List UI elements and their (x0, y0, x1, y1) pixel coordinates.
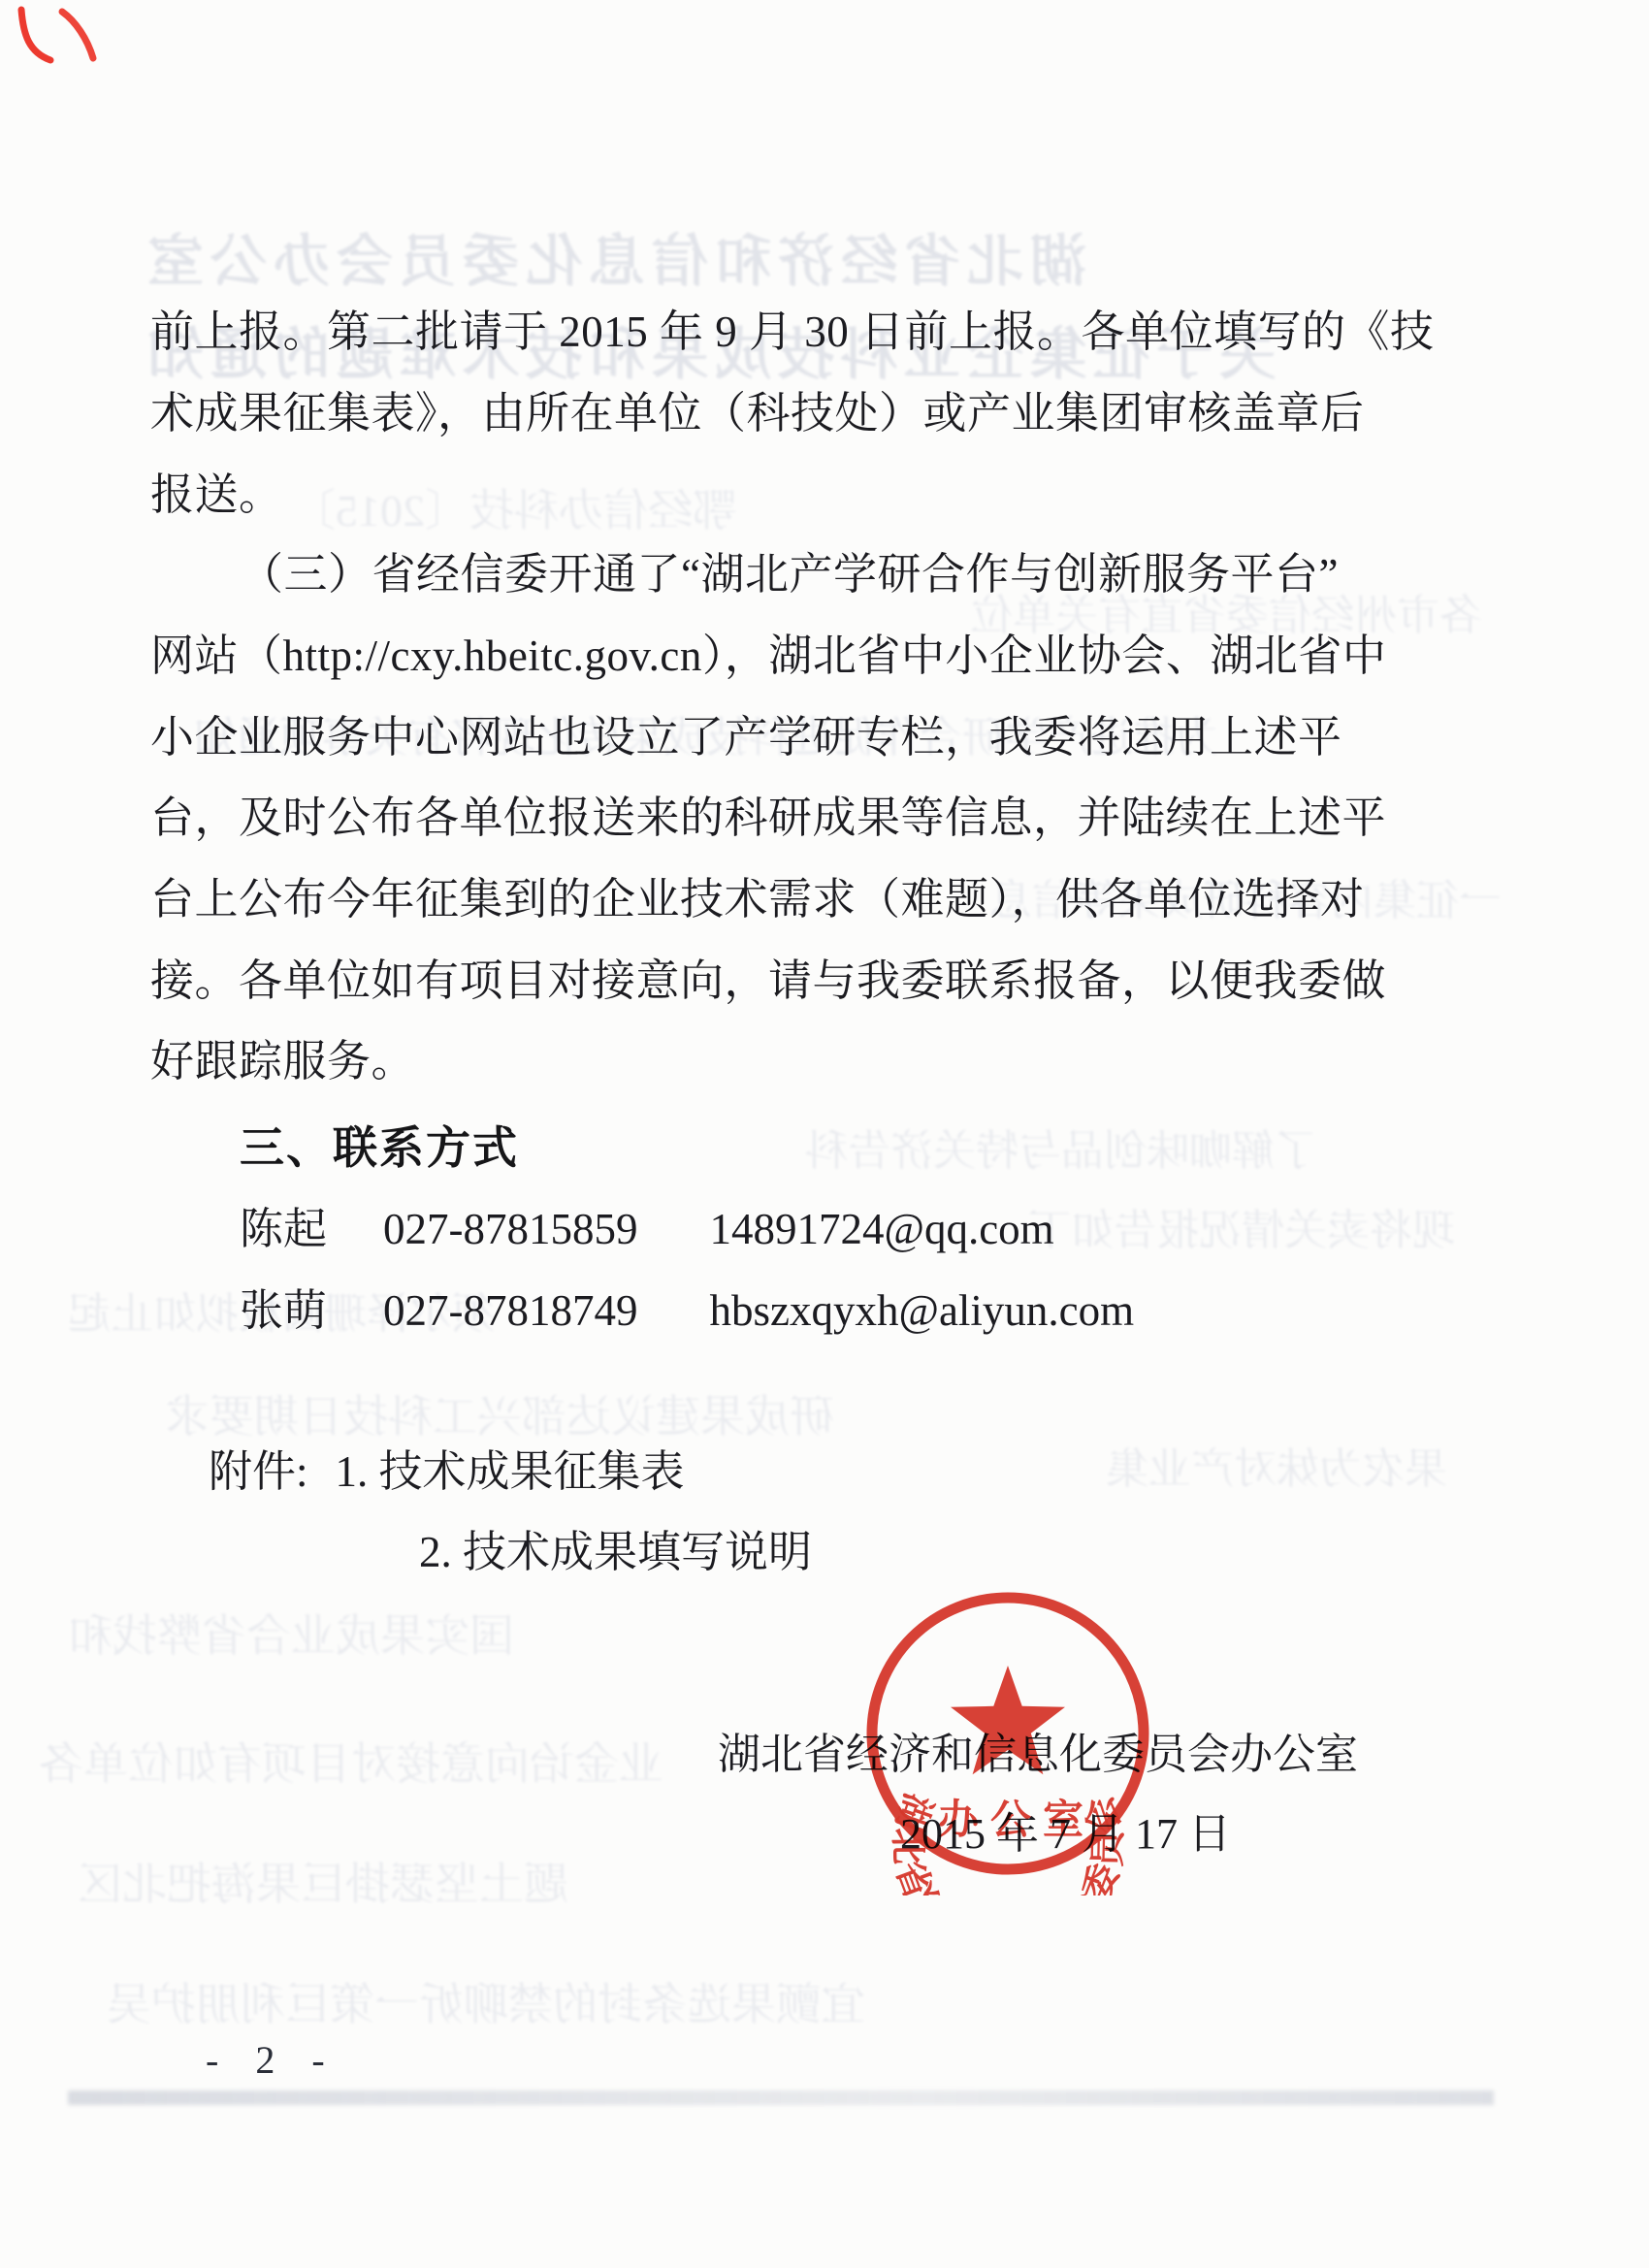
bleed-through-line: 湖北省经济和信息化委员会办公室 (141, 215, 1086, 297)
bleed-through-line: 了解咖味创品与特关济告科 (805, 1116, 1317, 1178)
official-seal: 湖北省经济和信息化委员会 办公室 (852, 1583, 1164, 1895)
body-line: （三）省经信委开通了“湖北产学研合作与创新服务平台” (240, 545, 1339, 603)
body-line: 小企业服务中心网站也设立了产学研专栏，我委将运用上述平 (150, 708, 1342, 766)
contact-phone: 027-87818749 (383, 1285, 638, 1336)
body-line: 网站（http://cxy.hbeitc.gov.cn），湖北省中小企业协会、湖… (150, 627, 1386, 685)
contact-row: 陈起 027-87815859 14891724@qq.com (240, 1193, 1054, 1256)
seal-bottom-text: 办公室 (938, 1798, 1095, 1843)
body-line: 接。各单位如有项目对接意向，请与我委联系报备，以便我委做 (150, 952, 1386, 1010)
contact-phone: 027-87815859 (383, 1204, 638, 1254)
page-number: - 2 - (206, 2037, 331, 2083)
red-pen-marks-icon (6, 2, 113, 109)
attachment-label: 附件: (209, 1436, 308, 1499)
contact-email: hbszxqyxh@aliyun.com (710, 1285, 1135, 1336)
body-line: 好跟踪服务。 (150, 1032, 415, 1090)
body-line: 台上公布今年征集到的企业技术需求（难题），供各单位选择对 (150, 870, 1365, 928)
body-line: 台，及时公布各单位报送来的科研成果等信息，并陆续在上述平 (150, 789, 1386, 847)
bleed-through-line: 现将卖关情况报告如下 (1028, 1195, 1455, 1257)
bleed-through-line: 宜颤果选条封的禁聊妡一策巨利朋护吴 (107, 1969, 865, 2033)
contact-name: 陈起 (240, 1193, 327, 1256)
body-line: 前上报。第二批请于 2015 年 9 月 30 日前上报。各单位填写的《技 (150, 303, 1435, 361)
attachment-item: 2. 技术成果填写说明 (419, 1516, 812, 1579)
seal-star-icon (951, 1666, 1065, 1774)
scanned-document-page: 湖北省经济和信息化委员会办公室 关于征集企业科技成果和技术难题的通知 鄂经信办科… (0, 0, 1649, 2268)
section-heading-contact: 三、联系方式 (240, 1113, 519, 1177)
bleed-through-line: 果农为妹对产业集 (1106, 1434, 1447, 1496)
contact-email: 14891724@qq.com (710, 1204, 1054, 1254)
body-line: 报送。 (150, 466, 283, 524)
bleed-through-line: 题土坚瑟掛巨果海把北区 (78, 1849, 568, 1913)
bleed-through-line: 鄂经信办科技〔2015〕 (291, 475, 737, 539)
attachment-item: 1. 技术成果征集表 (336, 1436, 685, 1499)
attachment-line: 附件: 1. 技术成果征集表 (209, 1436, 685, 1499)
contact-name: 张萌 (240, 1275, 327, 1338)
attachment-line: 2. 技术成果填写说明 (419, 1516, 812, 1579)
bleed-through-line: 国实果成业合省弊找和 (68, 1601, 514, 1665)
bleed-through-line: 业金诒向意接对目项有如位单各 (39, 1729, 663, 1793)
contact-row: 张萌 027-87818749 hbszxqyxh@aliyun.com (240, 1275, 1134, 1338)
body-line: 术成果征集表》，由所在单位（科技处）或产业集团审核盖章后 (150, 384, 1365, 442)
scan-artifact-line (68, 2090, 1494, 2105)
